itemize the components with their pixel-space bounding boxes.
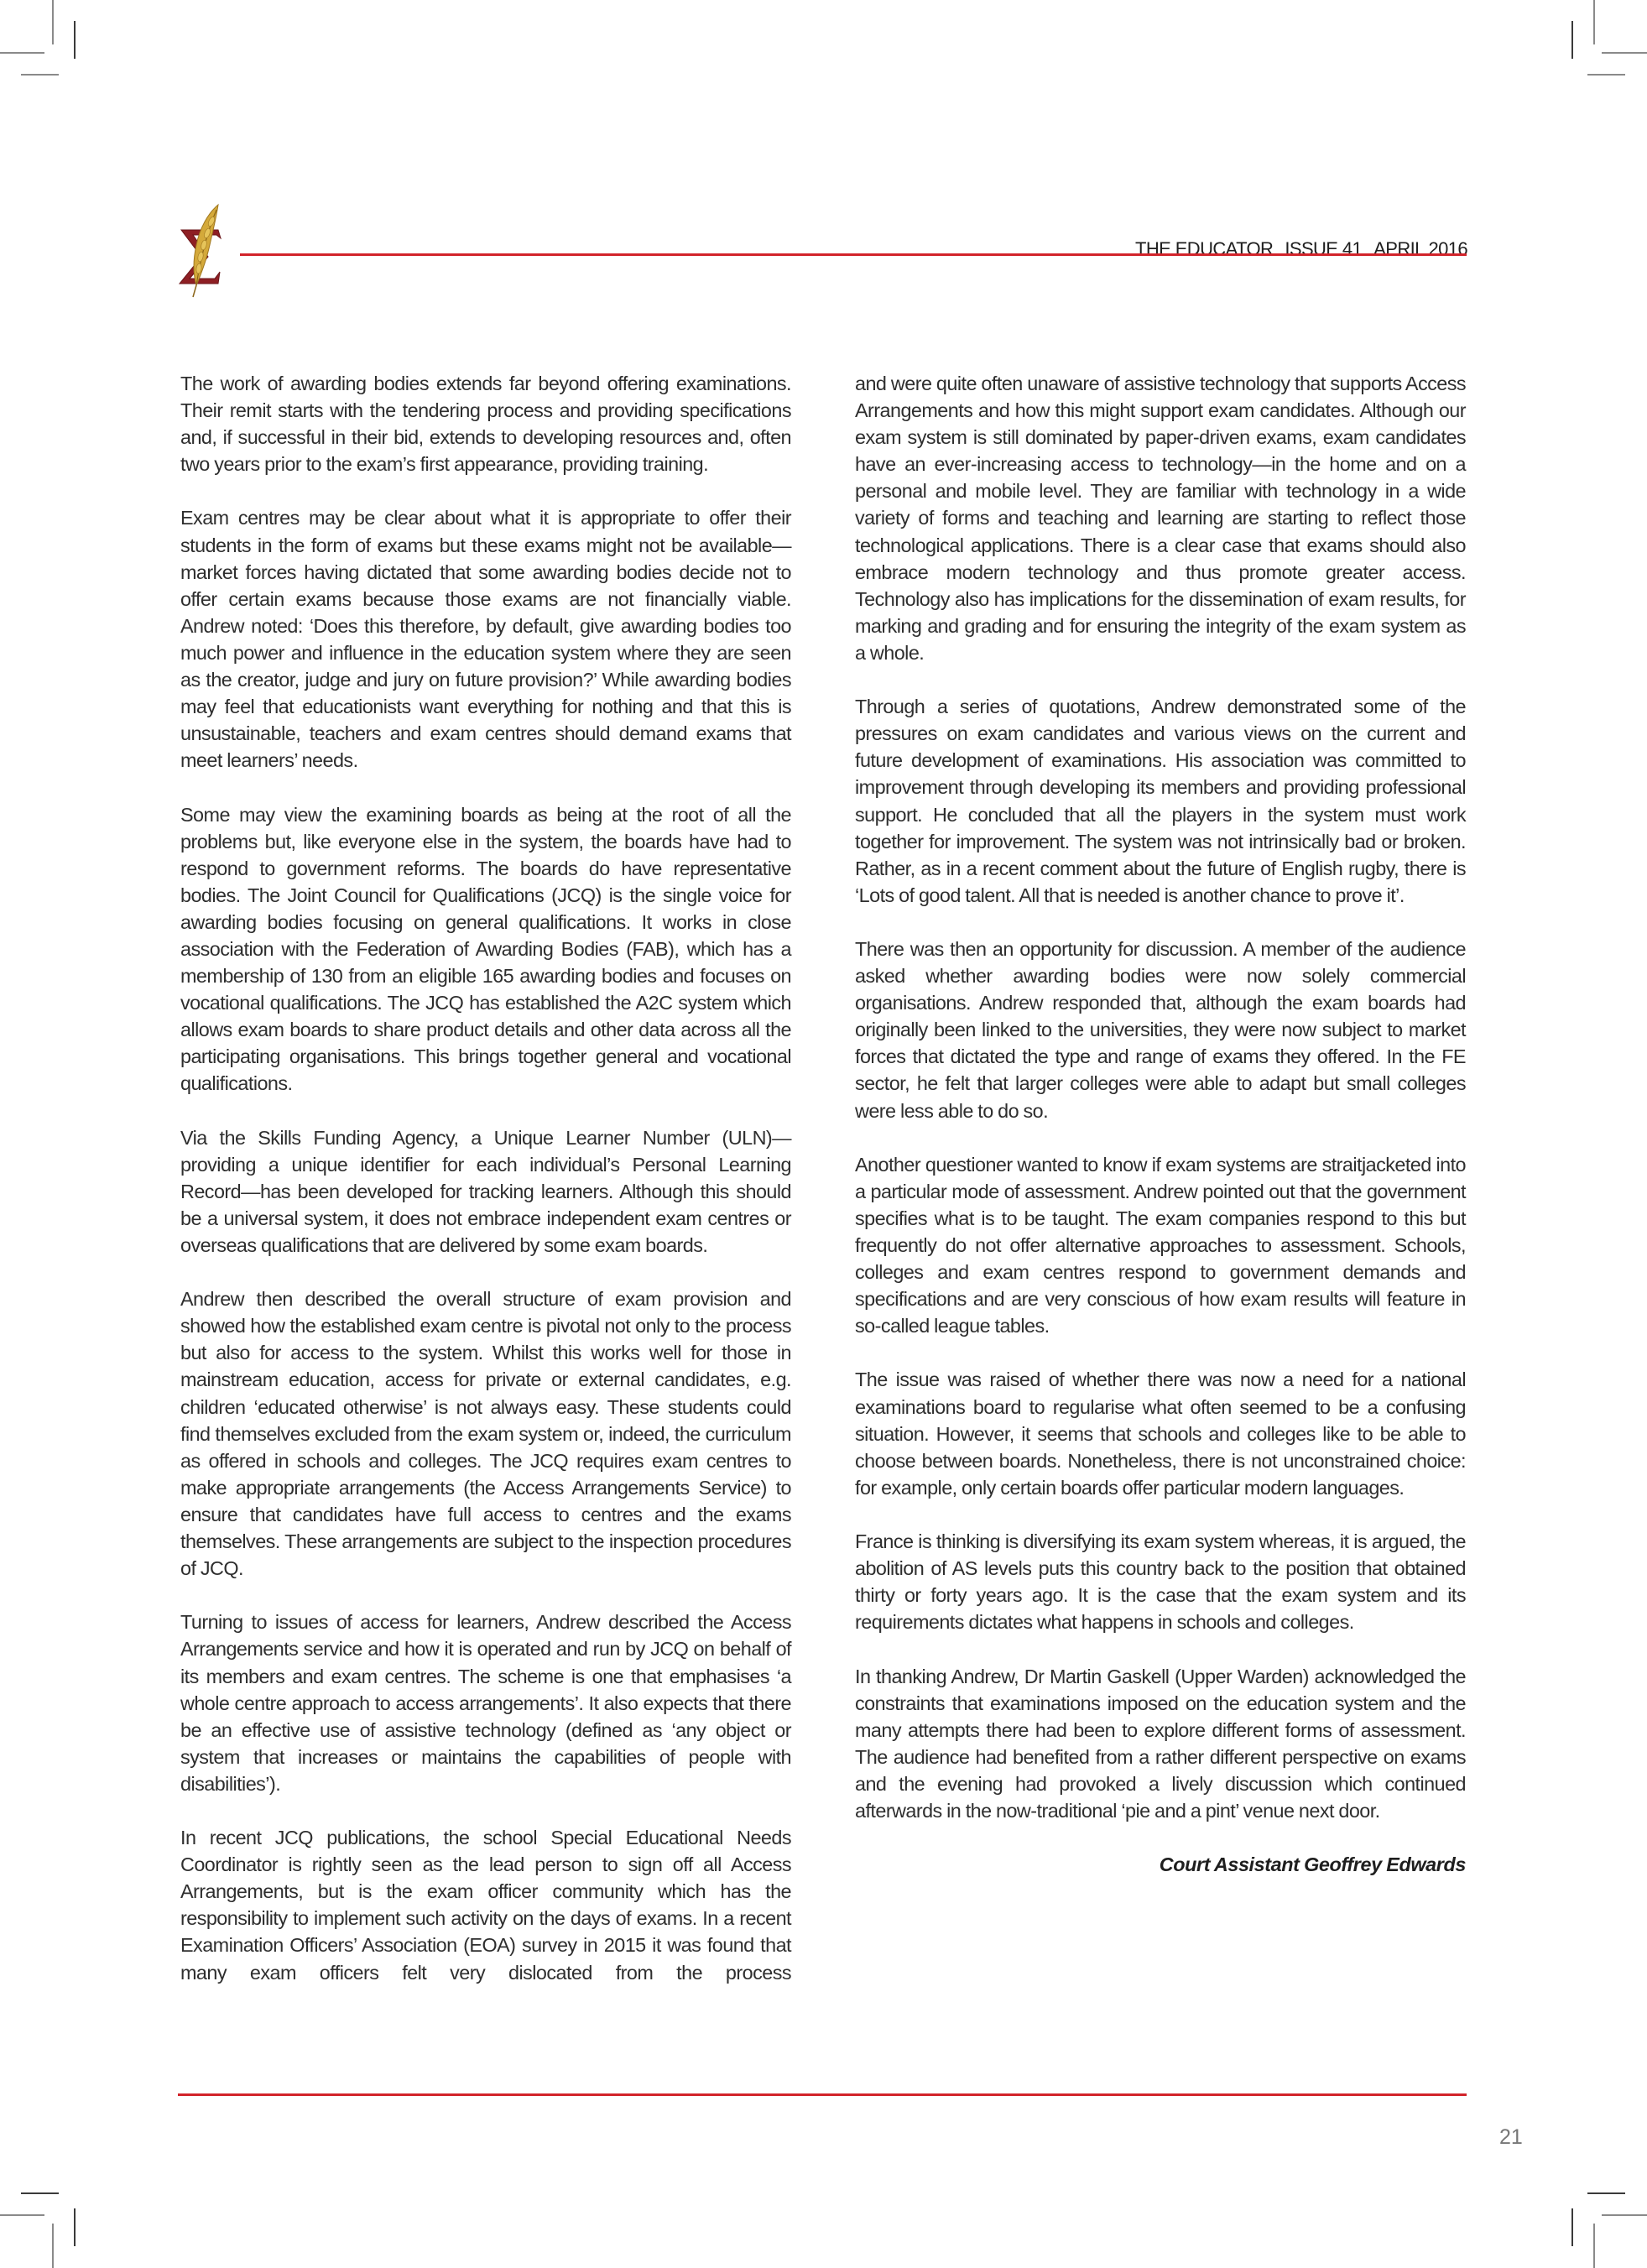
article-paragraph: Some may view the examining boards as be… (180, 801, 791, 1098)
header-rule (240, 253, 1467, 256)
article-paragraph: The work of awarding bodies extends far … (180, 370, 791, 477)
crop-mark (1571, 21, 1573, 59)
crop-mark (1593, 2224, 1595, 2268)
crop-mark (1593, 0, 1595, 44)
issue-date: APRIL 2016 (1373, 238, 1467, 259)
article-column-left: The work of awarding bodies extends far … (180, 370, 791, 2013)
sigma-wheat-logo-icon (175, 201, 227, 299)
crop-mark (21, 74, 59, 76)
article-paragraph: Via the Skills Funding Agency, a Unique … (180, 1124, 791, 1259)
crop-mark (1587, 74, 1625, 76)
crop-mark (1571, 2208, 1573, 2246)
crop-mark (52, 2224, 54, 2268)
crop-mark (0, 52, 44, 54)
article-paragraph: France is thinking is diversifying its e… (855, 1528, 1466, 1635)
crop-mark (74, 2208, 76, 2246)
crop-mark (1587, 2192, 1625, 2194)
article-paragraph: Turning to issues of access for learners… (180, 1608, 791, 1797)
article-paragraph: In recent JCQ publications, the school S… (180, 1824, 791, 1986)
article-paragraph: Another questioner wanted to know if exa… (855, 1151, 1466, 1340)
article-paragraph: There was then an opportunity for discus… (855, 936, 1466, 1124)
crop-mark (74, 21, 76, 59)
crop-mark (21, 2192, 59, 2194)
article-column-right: and were quite often unaware of assistiv… (855, 370, 1466, 1905)
article-paragraph: In thanking Andrew, Dr Martin Gaskell (U… (855, 1663, 1466, 1825)
crop-mark (52, 0, 54, 44)
crop-mark (1602, 2214, 1647, 2216)
crop-mark (1602, 52, 1647, 54)
author-signature: Court Assistant Geoffrey Edwards (855, 1851, 1466, 1878)
footer-rule (178, 2093, 1467, 2096)
article-paragraph: The issue was raised of whether there wa… (855, 1366, 1466, 1500)
article-paragraph: Exam centres may be clear about what it … (180, 504, 791, 774)
page-number: 21 (1499, 2125, 1523, 2150)
article-paragraph: Through a series of quotations, Andrew d… (855, 693, 1466, 909)
article-paragraph: and were quite often unaware of assistiv… (855, 370, 1466, 666)
issue-number: ISSUE 41 (1285, 238, 1362, 259)
crop-mark (0, 2214, 44, 2216)
article-paragraph: Andrew then described the overall struct… (180, 1285, 791, 1582)
publication-title: THE EDUCATOR (1135, 238, 1273, 259)
